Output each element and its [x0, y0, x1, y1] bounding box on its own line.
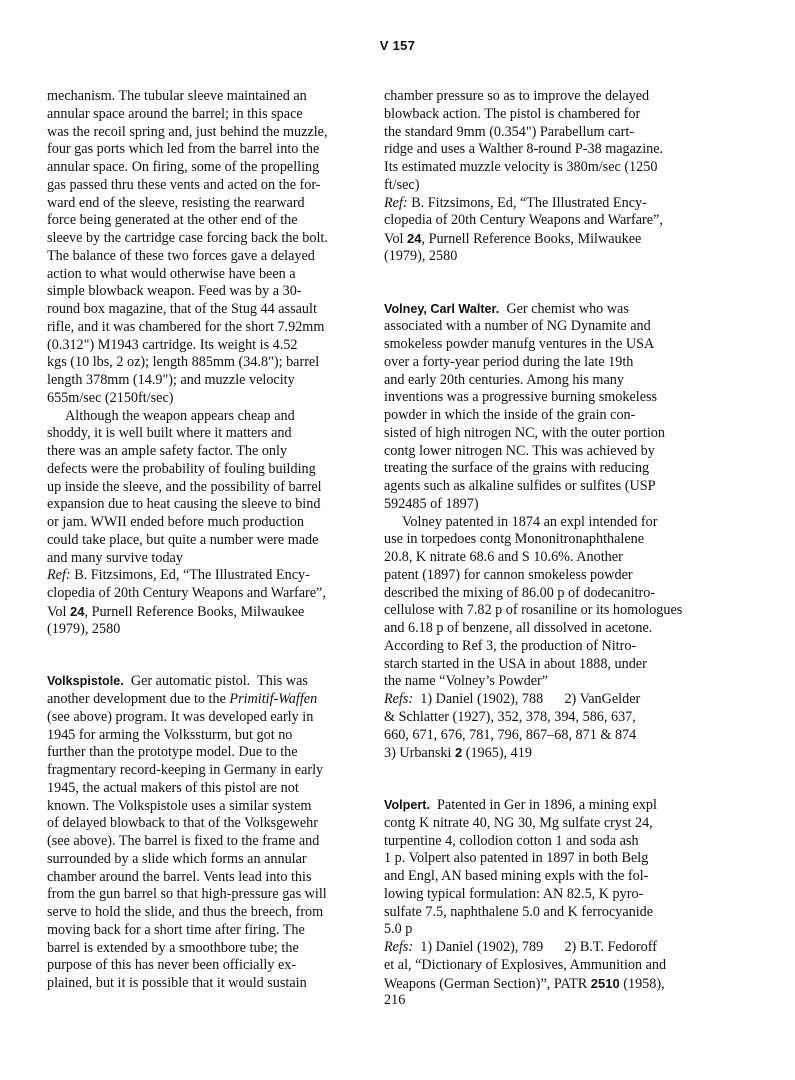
text: Ger chemist who was	[499, 301, 629, 317]
text-line: chamber around the barrel. Vents lead in…	[47, 869, 367, 887]
text-line: the standard 9mm (0.354") Parabellum car…	[384, 124, 729, 142]
text-line: starch started in the USA in about 1888,…	[384, 656, 729, 674]
ref-volume: 2510	[591, 976, 620, 991]
ref-text: Vol	[384, 231, 407, 247]
text-line: purpose of this has never been officiall…	[47, 957, 367, 975]
text-line: could take place, but quite a number wer…	[47, 532, 367, 550]
text: Patented in Ger in 1896, a mining expl	[430, 797, 657, 813]
text-line: 1945, the actual makers of this pistol a…	[47, 780, 367, 798]
ref-text: clopedia of 20th Century Weapons and War…	[384, 212, 729, 230]
italic-term: Primitif-Waffen	[229, 691, 317, 707]
text-line: four gas ports which led from the barrel…	[47, 141, 367, 159]
text-line: moving back for a short time after firin…	[47, 922, 367, 940]
text-line: patent (1897) for cannon smokeless powde…	[384, 567, 729, 585]
ref-text: (1979), 2580	[47, 621, 367, 639]
text-line: up inside the sleeve, and the possibilit…	[47, 479, 367, 497]
ref-text: B. Fitzsimons, Ed, “The Illustrated Ency…	[71, 567, 310, 583]
text-line: mechanism. The tubular sleeve maintained…	[47, 88, 367, 106]
text-line: and 6.18 p of benzene, all dissolved in …	[384, 620, 729, 638]
text-line: lowing typical formulation: AN 82.5, K p…	[384, 886, 729, 904]
text-line: and early 20th centuries. Among his many	[384, 372, 729, 390]
text-line: contg K nitrate 40, NG 30, Mg sulfate cr…	[384, 815, 729, 833]
text-line: from the gun barrel so that high-pressur…	[47, 886, 367, 904]
entry-title: Volkspistole.	[47, 674, 124, 688]
text-line: gas passed thru these vents and acted on…	[47, 177, 367, 195]
text-line: The balance of these two forces gave a d…	[47, 248, 367, 266]
text-line: chamber pressure so as to improve the de…	[384, 88, 729, 106]
text-line: plained, but it is possible that it woul…	[47, 975, 367, 993]
ref-text: & Schlatter (1927), 352, 378, 394, 586, …	[384, 709, 729, 727]
text-line: smokeless powder manufg ventures in the …	[384, 336, 729, 354]
text-line: annular space around the barrel; in this…	[47, 106, 367, 124]
page-number: V 157	[0, 38, 795, 53]
text-line: length 378mm (14.9"); and muzzle velocit…	[47, 372, 367, 390]
text-line: sleeve by the cartridge case forcing bac…	[47, 230, 367, 248]
text-line: simple blowback weapon. Feed was by a 30…	[47, 283, 367, 301]
text-line: and Engl, AN based mining expls with the…	[384, 868, 729, 886]
text-line: serve to hold the slide, and thus the br…	[47, 904, 367, 922]
text-line: kgs (10 lbs, 2 oz); length 885mm (34.8")…	[47, 354, 367, 372]
text-line: treating the surface of the grains with …	[384, 460, 729, 478]
text-line: there was an ample safety factor. The on…	[47, 443, 367, 461]
text-line: fragmentary record-keeping in Germany in…	[47, 762, 367, 780]
text-line: powder in which the inside of the grain …	[384, 407, 729, 425]
text-line: Volney patented in 1874 an expl intended…	[384, 514, 729, 532]
reference: Ref: B. Fitzsimons, Ed, “The Illustrated…	[47, 567, 367, 638]
ref-text: 216	[384, 992, 729, 1010]
entry-title: Volpert.	[384, 798, 430, 812]
left-column: mechanism. The tubular sleeve maintained…	[47, 88, 367, 993]
text-line: described the mixing of 86.00 p of dodec…	[384, 585, 729, 603]
text-line: 592485 of 1897)	[384, 496, 729, 514]
ref-text: 1) Daniel (1902), 788 2) VanGelder	[413, 691, 640, 707]
text: Ger automatic pistol. This was	[124, 673, 308, 689]
ref-label: Refs:	[384, 939, 413, 955]
entry-title: Volney, Carl Walter.	[384, 302, 499, 316]
entry-volpert: Volpert. Patented in Ger in 1896, a mini…	[384, 797, 729, 1010]
text-line: Although the weapon appears cheap and	[47, 408, 367, 426]
ref-text: B. Fitzsimons, Ed, “The Illustrated Ency…	[408, 195, 647, 211]
spacer	[384, 762, 729, 797]
ref-text: (1965), 419	[462, 745, 532, 761]
text-line: inventions was a progressive burning smo…	[384, 389, 729, 407]
text-line: (0.312") M1943 cartridge. Its weight is …	[47, 337, 367, 355]
text-line: action to what would otherwise have been…	[47, 266, 367, 284]
text-line: 5.0 p	[384, 921, 729, 939]
spacer	[384, 266, 729, 301]
ref-text: clopedia of 20th Century Weapons and War…	[47, 585, 367, 603]
text-line: turpentine 4, collodion cotton 1 and sod…	[384, 833, 729, 851]
text-line: expansion due to heat causing the sleeve…	[47, 496, 367, 514]
text-line: over a forty-year period during the late…	[384, 354, 729, 372]
text-line: and many survive today	[47, 550, 367, 568]
text-line: of delayed blowback to that of the Volks…	[47, 815, 367, 833]
entry-volney: Volney, Carl Walter. Ger chemist who was…	[384, 301, 729, 763]
ref-label: Ref:	[47, 567, 71, 583]
text-line: 655m/sec (2150ft/sec)	[47, 390, 367, 408]
text-line: ward end of the sleeve, resisting the re…	[47, 195, 367, 213]
ref-text: , Purnell Reference Books, Milwaukee	[84, 604, 304, 620]
text-line: (see above) program. It was developed ea…	[47, 709, 367, 727]
text-line: annular space. On firing, some of the pr…	[47, 159, 367, 177]
text-line: sulfate 7.5, naphthalene 5.0 and K ferro…	[384, 904, 729, 922]
text-line: surrounded by a slide which forms an ann…	[47, 851, 367, 869]
entry-volkspistole: Volkspistole. Ger automatic pistol. This…	[47, 673, 367, 993]
text-line: barrel is extended by a smoothbore tube;…	[47, 940, 367, 958]
text-line: Its estimated muzzle velocity is 380m/se…	[384, 159, 729, 177]
text-line: shoddy, it is well built where it matter…	[47, 425, 367, 443]
text-line: the name “Volney’s Powder”	[384, 673, 729, 691]
text-line: known. The Volkspistole uses a similar s…	[47, 798, 367, 816]
text-line: 1945 for arming the Volkssturm, but got …	[47, 727, 367, 745]
reference: Ref: B. Fitzsimons, Ed, “The Illustrated…	[384, 195, 729, 266]
text-line: was the recoil spring and, just behind t…	[47, 124, 367, 142]
ref-text: , Purnell Reference Books, Milwaukee	[421, 231, 641, 247]
text-line: rifle, and it was chambered for the shor…	[47, 319, 367, 337]
ref-label: Ref:	[384, 195, 408, 211]
ref-text: (1958),	[620, 976, 665, 992]
right-column: chamber pressure so as to improve the de…	[384, 88, 729, 1010]
text-line: According to Ref 3, the production of Ni…	[384, 638, 729, 656]
ref-text: Vol	[47, 604, 70, 620]
text-line: blowback action. The pistol is chambered…	[384, 106, 729, 124]
text-line: cellulose with 7.82 p of rosaniline or i…	[384, 602, 729, 620]
ref-text: 1) Daniel (1902), 789 2) B.T. Fedoroff	[413, 939, 657, 955]
text-line: defects were the probability of fouling …	[47, 461, 367, 479]
text-line: 20.8, K nitrate 68.6 and S 10.6%. Anothe…	[384, 549, 729, 567]
text-line: (see above). The barrel is fixed to the …	[47, 833, 367, 851]
ref-text: (1979), 2580	[384, 248, 729, 266]
ref-text: Weapons (German Section)”, PATR	[384, 976, 591, 992]
spacer	[47, 638, 367, 673]
text-line: ft/sec)	[384, 177, 729, 195]
text-line: round box magazine, that of the Stug 44 …	[47, 301, 367, 319]
ref-text: 660, 671, 676, 781, 796, 867–68, 871 & 8…	[384, 727, 729, 745]
text-line: use in torpedoes contg Mononitronaphthal…	[384, 531, 729, 549]
entry-volkspistole-continued: chamber pressure so as to improve the de…	[384, 88, 729, 266]
text-line: ridge and uses a Walther 8-round P-38 ma…	[384, 141, 729, 159]
text-line: force being generated at the other end o…	[47, 212, 367, 230]
text-line: agents such as alkaline sulfides or sulf…	[384, 478, 729, 496]
entry-continuation: mechanism. The tubular sleeve maintained…	[47, 88, 367, 638]
text: another development due to the	[47, 691, 229, 707]
text-line: 1 p. Volpert also patented in 1897 in bo…	[384, 850, 729, 868]
text-line: contg lower nitrogen NC. This was achiev…	[384, 443, 729, 461]
ref-label: Refs:	[384, 691, 413, 707]
ref-volume: 24	[70, 604, 84, 619]
references: Refs: 1) Daniel (1902), 789 2) B.T. Fedo…	[384, 939, 729, 1010]
ref-volume: 24	[407, 231, 421, 246]
text-line: sisted of high nitrogen NC, with the out…	[384, 425, 729, 443]
text-line: associated with a number of NG Dynamite …	[384, 318, 729, 336]
ref-text: et al, “Dictionary of Explosives, Ammuni…	[384, 957, 729, 975]
text-line: further than the prototype model. Due to…	[47, 744, 367, 762]
ref-text: 3) Urbanski	[384, 745, 455, 761]
references: Refs: 1) Daniel (1902), 788 2) VanGelder…	[384, 691, 729, 762]
text-line: or jam. WWII ended before much productio…	[47, 514, 367, 532]
